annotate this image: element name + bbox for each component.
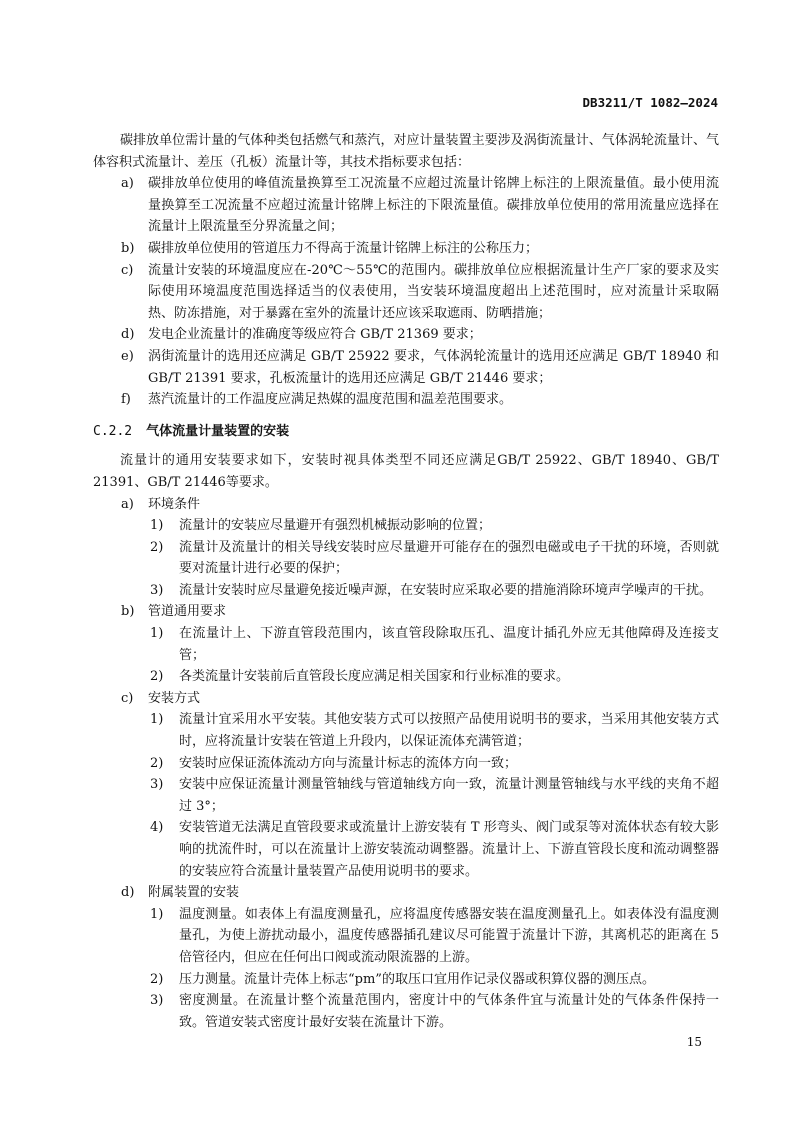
section-heading: C.2.2气体流量计量装置的安装	[93, 421, 719, 443]
group-title: c)安装方式	[93, 688, 719, 710]
sub-item: 3)密度测量。在流量计整个流量范围内，密度计中的气体条件宜与流量计处的气体条件保…	[93, 990, 719, 1033]
requirements-list: a)碳排放单位使用的峰值流量换算至工况流量不应超过流量计铭牌上标注的上限流量值。…	[93, 173, 719, 411]
sub-item: 2)安装时应保证流体流动方向与流量计标志的流体方向一致；	[93, 753, 719, 775]
sub-item: 3)流量计安装时应尽量避免接近噪声源，在安装时应采取必要的措施消除环境声学噪声的…	[93, 580, 719, 602]
requirement-item: d)发电企业流量计的准确度等级应符合 GB/T 21369 要求；	[93, 324, 719, 346]
group-title: b)管道通用要求	[93, 601, 719, 623]
requirement-item: b)碳排放单位使用的管道压力不得高于流量计铭牌上标注的公称压力；	[93, 238, 719, 260]
requirement-item: c)流量计安装的环境温度应在-20℃～55℃的范围内。碳排放单位应根据流量计生产…	[93, 260, 719, 325]
sub-item: 2)压力测量。流量计壳体上标志“pm”的取压口宜用作记录仪器或积算仪器的测压点。	[93, 969, 719, 991]
requirement-item: a)碳排放单位使用的峰值流量换算至工况流量不应超过流量计铭牌上标注的上限流量值。…	[93, 173, 719, 238]
section-title: 气体流量计量装置的安装	[146, 424, 289, 439]
sub-item: 1)在流量计上、下游直管段范围内，该直管段除取压孔、温度计插孔外应无其他障碍及连…	[93, 623, 719, 666]
requirement-item: f)蒸汽流量计的工作温度应满足热媒的温度范围和温差范围要求。	[93, 389, 719, 411]
sub-item: 1)温度测量。如表体上有温度测量孔，应将温度传感器安装在温度测量孔上。如表体没有…	[93, 904, 719, 969]
page-body: 碳排放单位需计量的气体种类包括燃气和蒸汽，对应计量装置主要涉及涡街流量计、气体涡…	[93, 130, 719, 1033]
sub-item: 1)流量计的安装应尽量避开有强烈机械振动影响的位置；	[93, 515, 719, 537]
document-code-header: DB3211/T 1082—2024	[583, 95, 718, 110]
requirement-item: e)涡街流量计的选用还应满足 GB/T 25922 要求，气体涡轮流量计的选用还…	[93, 346, 719, 389]
sub-item: 2)流量计及流量计的相关导线安装时应尽量避开可能存在的强烈电磁或电子干扰的环境，…	[93, 537, 719, 580]
sub-item: 4)安装管道无法满足直管段要求或流量计上游安装有 T 形弯头、阀门或泵等对流体状…	[93, 817, 719, 882]
intro-paragraph: 碳排放单位需计量的气体种类包括燃气和蒸汽，对应计量装置主要涉及涡街流量计、气体涡…	[93, 130, 719, 173]
group-title: d)附属装置的安装	[93, 882, 719, 904]
page-number: 15	[687, 1035, 702, 1049]
sub-item: 3)安装中应保证流量计测量管轴线与管道轴线方向一致，流量计测量管轴线与水平线的夹…	[93, 774, 719, 817]
group-title: a)环境条件	[93, 494, 719, 516]
section-number: C.2.2	[93, 424, 132, 439]
section-intro: 流量计的通用安装要求如下，安装时视具体类型不同还应满足GB/T 25922、GB…	[93, 450, 719, 493]
sub-item: 2)各类流量计安装前后直管段长度应满足相关国家和行业标准的要求。	[93, 666, 719, 688]
sub-item: 1)流量计宜采用水平安装。其他安装方式可以按照产品使用说明书的要求，当采用其他安…	[93, 709, 719, 752]
